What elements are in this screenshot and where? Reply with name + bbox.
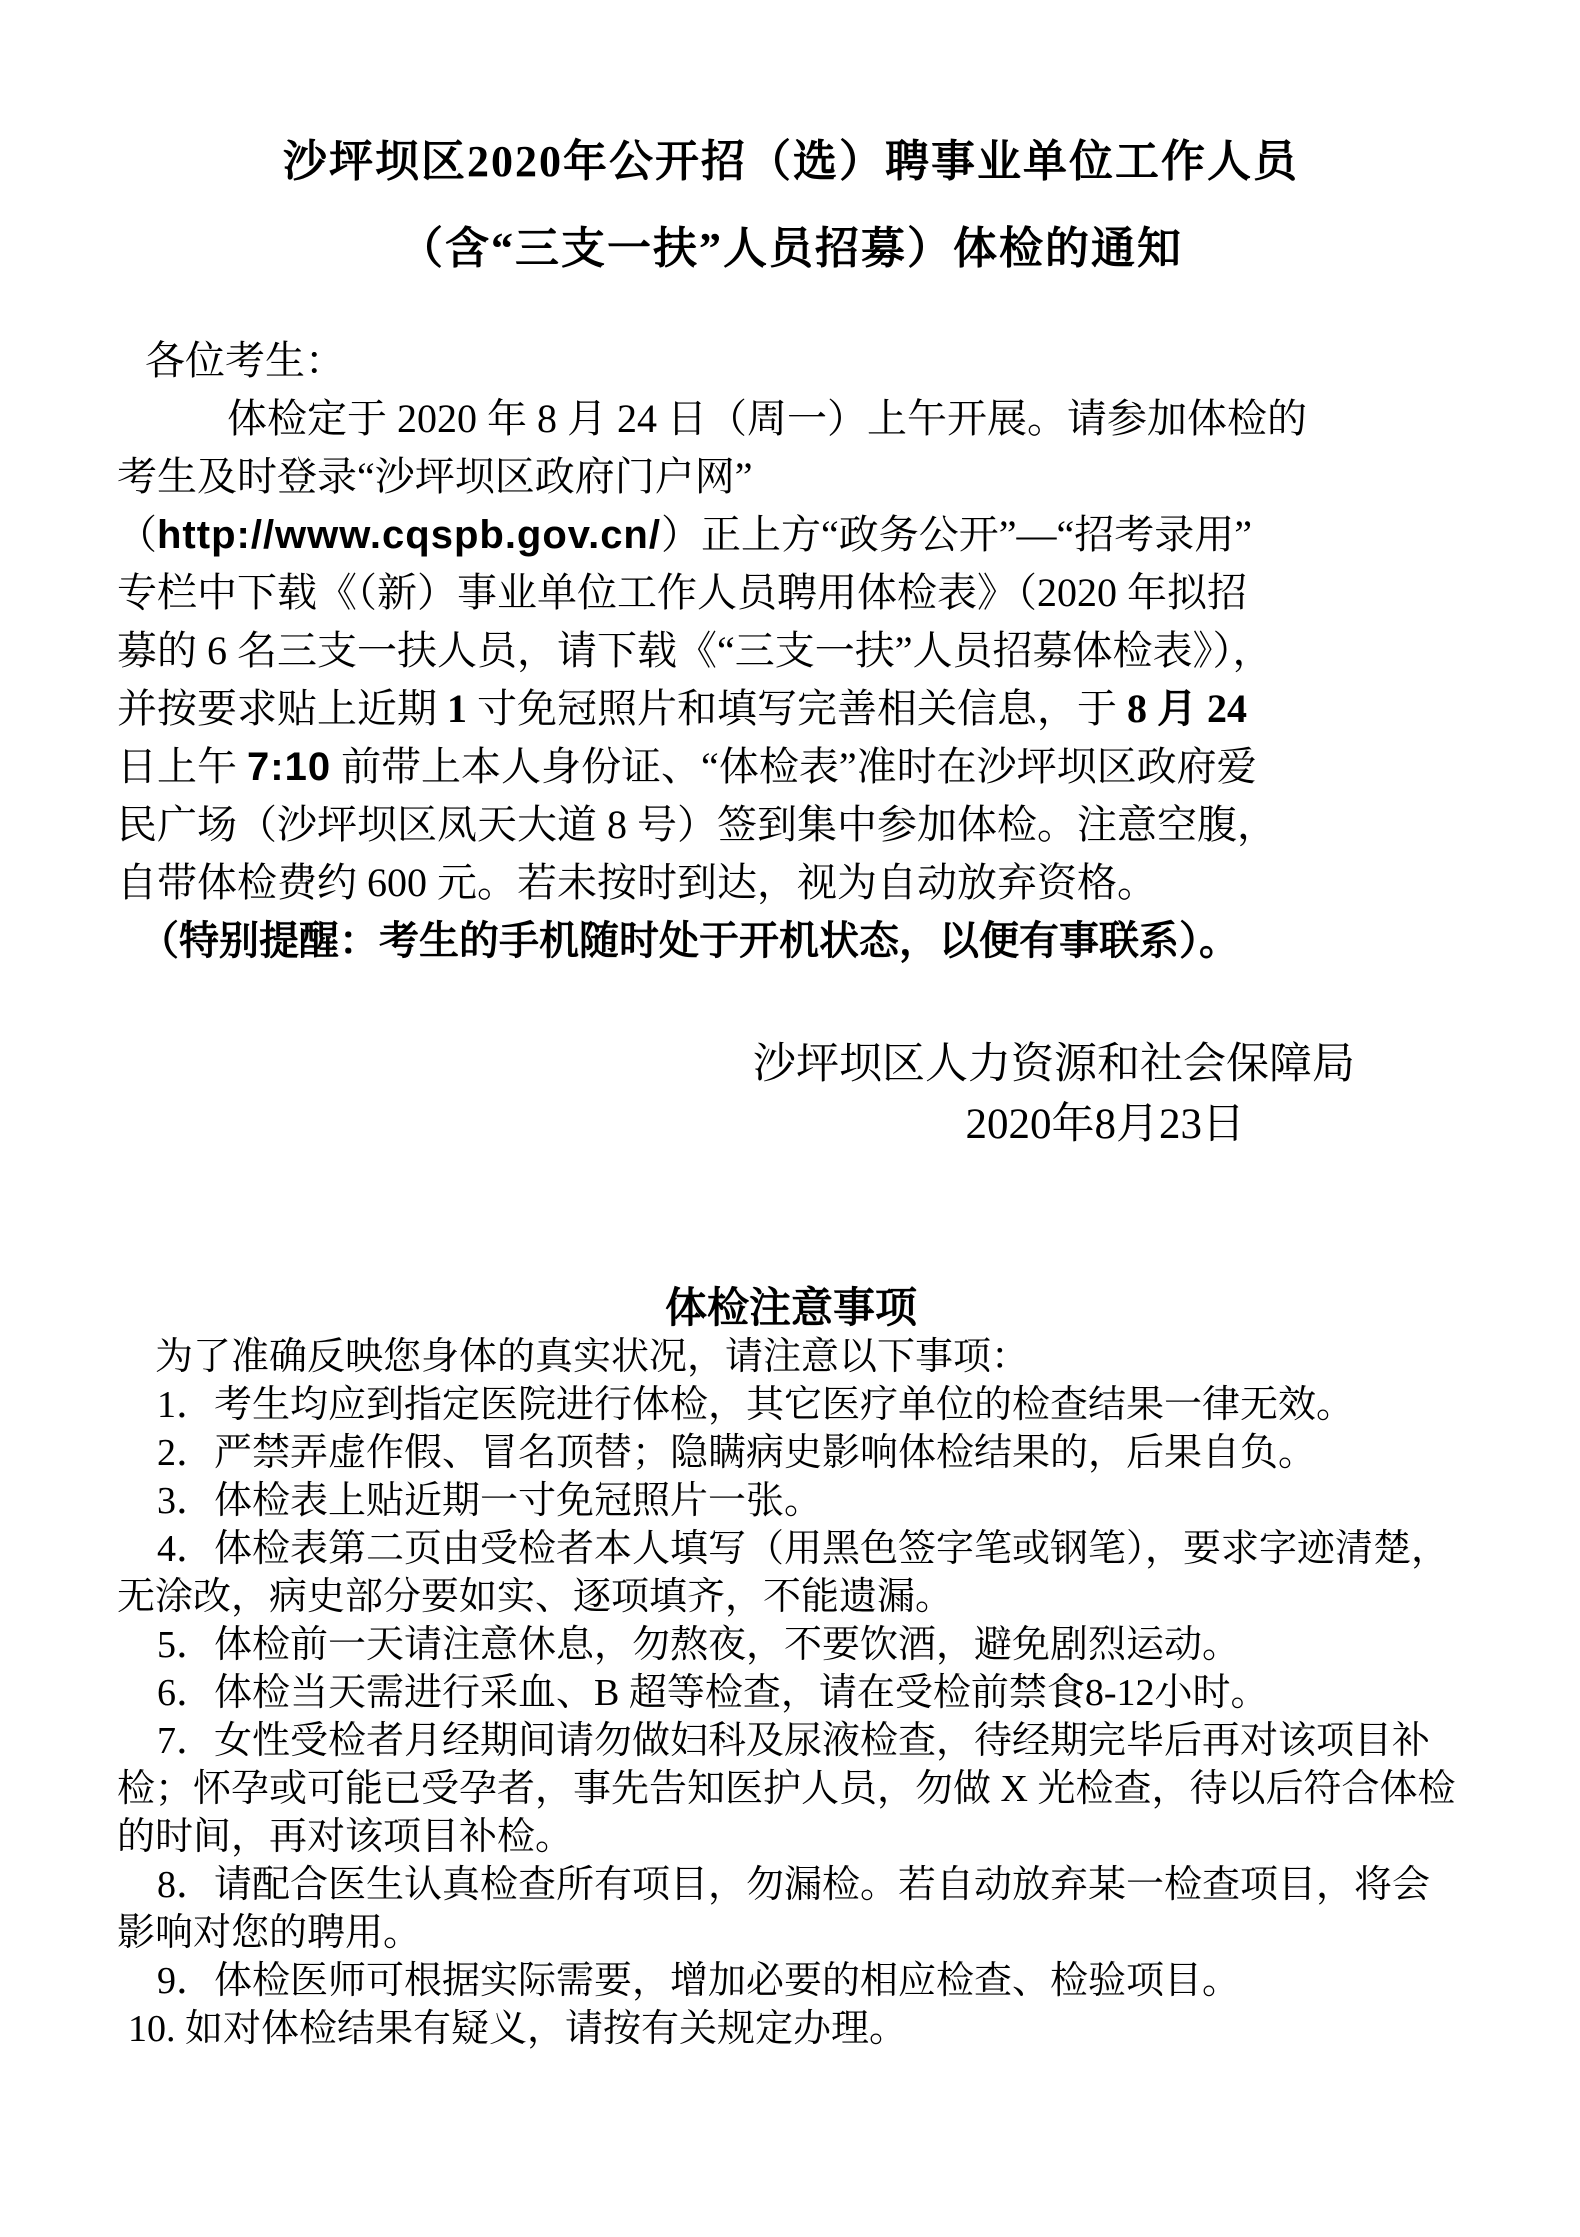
special-reminder: （特别提醒：考生的手机随时处于开机状态，以便有事联系）。 (117, 912, 1465, 970)
exam-notes-section: 体检注意事项 为了准确反映您身体的真实状况，请注意以下事项： 1．考生均应到指定… (117, 1285, 1465, 2053)
body-line-3: （http://www.cqspb.gov.cn/）正上方“政务公开”—“招考录… (117, 506, 1465, 564)
note-item-5: 5．体检前一天请注意休息，勿熬夜，不要饮酒，避免剧烈运动。 (117, 1621, 1465, 1669)
body-line-8: 民广场（沙坪坝区凤天大道 8 号）签到集中参加体检。注意空腹， (117, 796, 1465, 854)
body-line-7: 日上午 7:10 前带上本人身份证、“体检表”准时在沙坪坝区政府爱 (117, 738, 1465, 796)
photo-size-number: 1 (447, 686, 467, 731)
signature-date: 2020年8月23日 (117, 1095, 1245, 1155)
exam-date-number: 8 月 24 (1127, 686, 1247, 731)
paren-open: （ (117, 512, 157, 557)
body-line-1: 体检定于 2020 年 8 月 24 日（周一）上午开展。请参加体检的 (117, 390, 1465, 448)
note-item-10: 10. 如对体检结果有疑义，请按有关规定办理。 (117, 2005, 1465, 2053)
body-line-3-rest: ）正上方“政务公开”—“招考录用” (661, 512, 1252, 557)
checkin-time-text: 7:10 (247, 745, 331, 789)
body-line-7-b: 前带上本人身份证、“体检表”准时在沙坪坝区政府爱 (331, 744, 1257, 789)
body-line-9: 自带体检费约 600 元。若未按时到达，视为自动放弃资格。 (117, 854, 1465, 912)
body-line-6: 并按要求贴上近期 1 寸免冠照片和填写完善相关信息，于 8 月 24 (117, 680, 1465, 738)
note-item-2: 2．严禁弄虚作假、冒名顶替；隐瞒病史影响体检结果的，后果自负。 (117, 1429, 1465, 1477)
body-line-6-a: 并按要求贴上近期 (117, 686, 447, 731)
notice-title: 沙坪坝区2020年公开招（选）聘事业单位工作人员 （含“三支一扶”人员招募）体检… (117, 118, 1465, 292)
note-item-3: 3．体检表上贴近期一寸免冠照片一张。 (117, 1477, 1465, 1525)
body-line-7-a: 日上午 (117, 744, 247, 789)
notice-title-line-2: （含“三支一扶”人员招募）体检的通知 (117, 205, 1465, 292)
note-item-6: 6．体检当天需进行采血、B 超等检查，请在受检前禁食8-12小时。 (117, 1669, 1465, 1717)
notes-intro: 为了准确反映您身体的真实状况，请注意以下事项： (117, 1333, 1465, 1381)
signature-block: 沙坪坝区人力资源和社会保障局 2020年8月23日 (117, 1035, 1465, 1155)
notice-body: 体检定于 2020 年 8 月 24 日（周一）上午开展。请参加体检的 考生及时… (117, 390, 1465, 970)
body-line-2: 考生及时登录“沙坪坝区政府门户网” (117, 448, 1465, 506)
body-line-4: 专栏中下载《（新）事业单位工作人员聘用体检表》（2020 年拟招 (117, 564, 1465, 622)
body-line-5: 募的 6 名三支一扶人员，请下载《“三支一扶”人员招募体检表》）， (117, 622, 1465, 680)
note-item-4: 4．体检表第二页由受检者本人填写（用黑色签字笔或钢笔），要求字迹清楚，无涂改，病… (117, 1525, 1465, 1621)
body-line-6-c: 寸免冠照片和填写完善相关信息，于 (467, 686, 1127, 731)
portal-url-text: http://www.cqspb.gov.cn/ (157, 513, 661, 557)
salutation: 各位考生： (117, 332, 1465, 390)
note-item-9: 9．体检医师可根据实际需要，增加必要的相应检查、检验项目。 (117, 1957, 1465, 2005)
note-item-1: 1．考生均应到指定医院进行体检，其它医疗单位的检查结果一律无效。 (117, 1381, 1465, 1429)
document-page: 沙坪坝区2020年公开招（选）聘事业单位工作人员 （含“三支一扶”人员招募）体检… (0, 0, 1580, 2237)
note-item-8: 8．请配合医生认真检查所有项目，勿漏检。若自动放弃某一检查项目，将会影响对您的聘… (117, 1861, 1465, 1957)
notes-heading: 体检注意事项 (117, 1285, 1465, 1333)
note-item-7: 7．女性受检者月经期间请勿做妇科及尿液检查，待经期完毕后再对该项目补检；怀孕或可… (117, 1717, 1465, 1861)
notice-title-line-1: 沙坪坝区2020年公开招（选）聘事业单位工作人员 (117, 118, 1465, 205)
signature-organization: 沙坪坝区人力资源和社会保障局 (117, 1035, 1355, 1095)
